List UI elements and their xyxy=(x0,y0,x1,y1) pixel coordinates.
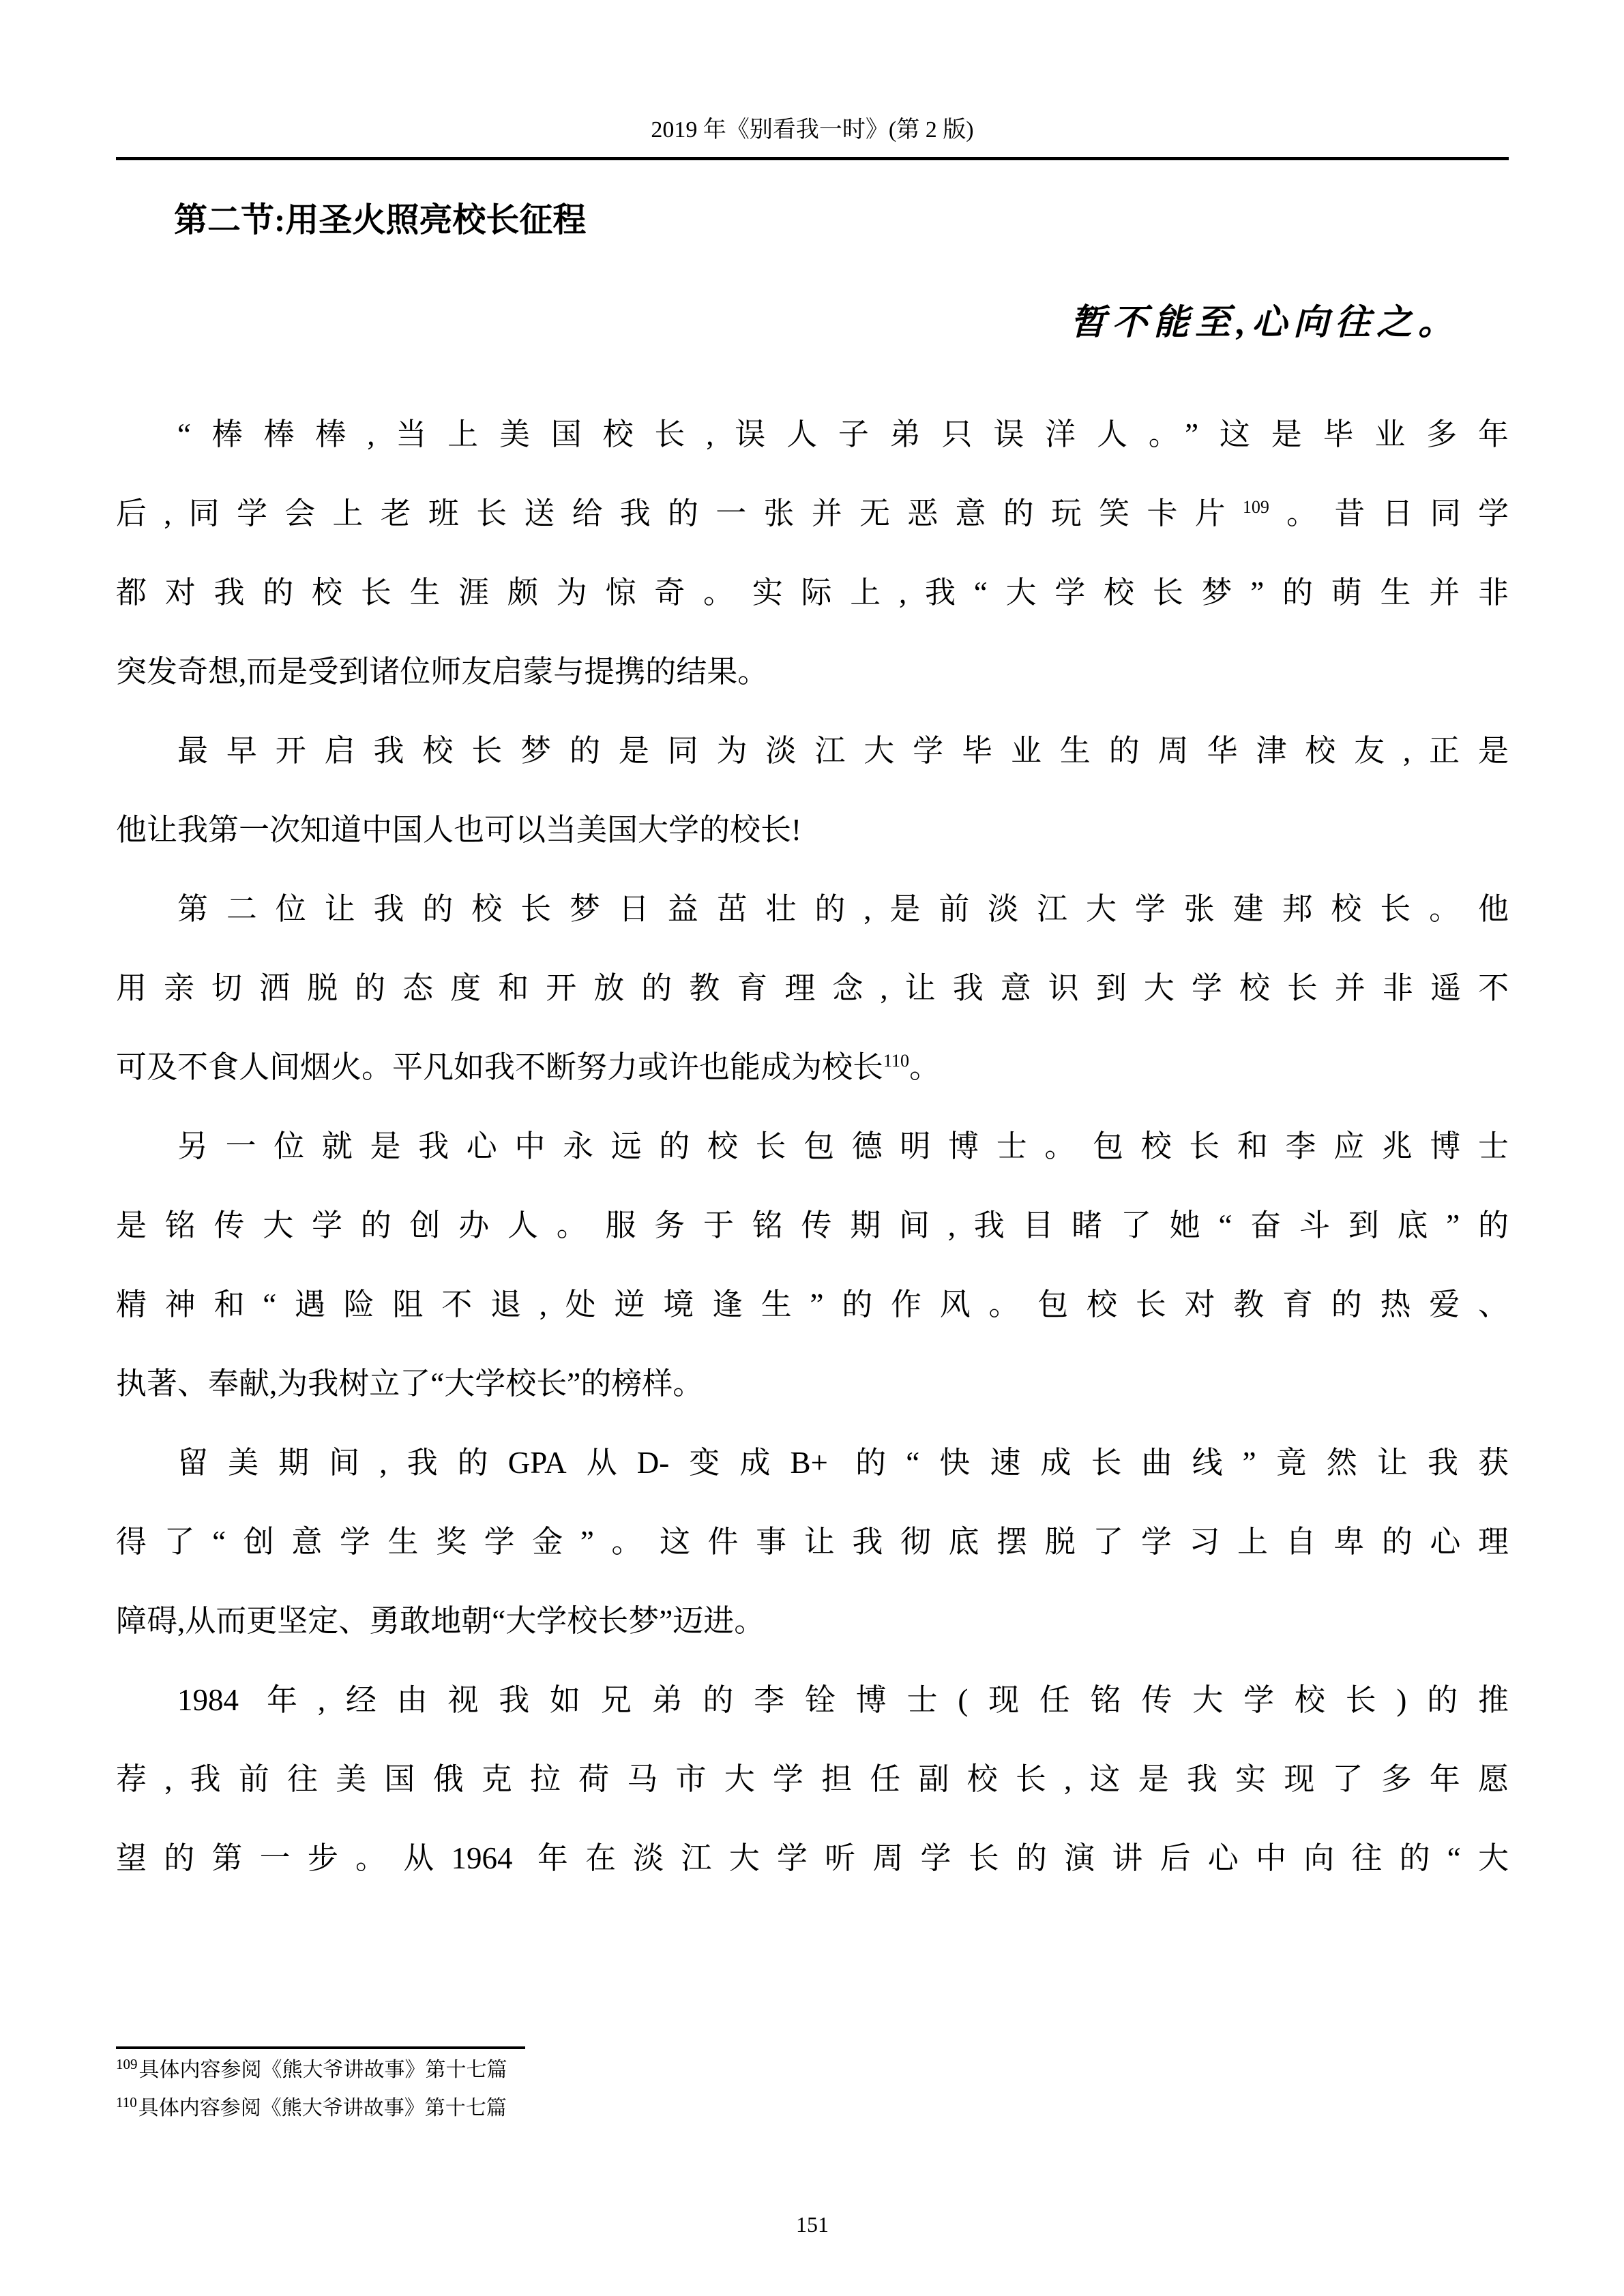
body-text-segment: 最早开启我校长梦的是同为淡江大学毕业生的周华津校友,正是 xyxy=(177,734,1509,768)
body-text-segment: 第二位让我的校长梦日益茁壮的,是前淡江大学张建邦校长。他 xyxy=(177,892,1509,926)
footnote-text: 具体内容参阅《熊大爷讲故事》第十七篇 xyxy=(138,2097,507,2119)
page-number: 151 xyxy=(116,2211,1509,2238)
body-line: 第二位让我的校长梦日益茁壮的,是前淡江大学张建邦校长。他 xyxy=(116,869,1509,949)
body-line: 精神和“遇险阻不退,处逆境逢生”的作风。包校长对教育的热爱、 xyxy=(116,1265,1509,1344)
footnote-separator-rule xyxy=(116,2046,525,2049)
body-line: “棒棒棒,当上美国校长,误人子弟只误洋人。”这是毕业多年 xyxy=(116,395,1509,474)
body-text-segment: 精神和“遇险阻不退,处逆境逢生”的作风。包校长对教育的热爱、 xyxy=(116,1287,1509,1322)
body-text-segment: “棒棒棒,当上美国校长,误人子弟只误洋人。”这是毕业多年 xyxy=(177,417,1509,451)
body-text-segment: 。昔日同学 xyxy=(1269,496,1509,531)
running-header-title: 2019 年《别看我一时》(第 2 版) xyxy=(116,0,1509,146)
footnote-entry: 109具体内容参阅《熊大爷讲故事》第十七篇 xyxy=(116,2053,1509,2087)
body-line: 他让我第一次知道中国人也可以当美国大学的校长! xyxy=(116,790,1509,869)
body-line: 留美期间,我的GPA从D-变成B+ 的“快速成长曲线”竟然让我获 xyxy=(116,1423,1509,1502)
footnote-ref: 110 xyxy=(883,1051,909,1071)
footnote-area: 109具体内容参阅《熊大爷讲故事》第十七篇 110具体内容参阅《熊大爷讲故事》第… xyxy=(116,2046,1509,2126)
body-text-segment: 用亲切洒脱的态度和开放的教育理念,让我意识到大学校长并非遥不 xyxy=(116,971,1509,1005)
body-line: 可及不食人间烟火。平凡如我不断努力或许也能成为校长110。 xyxy=(116,1028,1509,1107)
body-text-segment: 可及不食人间烟火。平凡如我不断努力或许也能成为校长 xyxy=(116,1050,883,1084)
body-line: 另一位就是我心中永远的校长包德明博士。包校长和李应兆博士 xyxy=(116,1107,1509,1186)
body-text: “棒棒棒,当上美国校长,误人子弟只误洋人。”这是毕业多年后,同学会上老班长送给我… xyxy=(116,395,1509,1898)
body-text-segment: 1984 年,经由视我如兄弟的李铨博士(现任铭传大学校长)的推 xyxy=(177,1683,1509,1717)
body-text-segment: 荐,我前往美国俄克拉荷马市大学担任副校长,这是我实现了多年愿 xyxy=(116,1762,1509,1796)
body-text-segment: 。 xyxy=(909,1050,940,1084)
body-text-segment: 留美期间,我的GPA从D-变成B+ 的“快速成长曲线”竟然让我获 xyxy=(177,1446,1509,1480)
footnote-number: 109 xyxy=(116,2056,138,2072)
footnote-entry: 110具体内容参阅《熊大爷讲故事》第十七篇 xyxy=(116,2091,1509,2126)
footnote-text: 具体内容参阅《熊大爷讲故事》第十七篇 xyxy=(139,2059,507,2081)
body-text-segment: 他让我第一次知道中国人也可以当美国大学的校长! xyxy=(116,813,801,847)
body-line: 1984 年,经由视我如兄弟的李铨博士(现任铭传大学校长)的推 xyxy=(116,1660,1509,1740)
body-line: 望的第一步。从1964 年在淡江大学听周学长的演讲后心中向往的“大 xyxy=(116,1819,1509,1898)
body-text-segment: 望的第一步。从1964 年在淡江大学听周学长的演讲后心中向往的“大 xyxy=(116,1841,1509,1875)
body-text-segment: 得了“创意学生奖学金”。这件事让我彻底摆脱了学习上自卑的心理 xyxy=(116,1525,1509,1559)
footnote-number: 110 xyxy=(116,2094,137,2111)
body-line: 障碍,从而更坚定、勇敢地朝“大学校长梦”迈进。 xyxy=(116,1581,1509,1660)
body-text-segment: 突发奇想,而是受到诸位师友启蒙与提携的结果。 xyxy=(116,655,768,689)
section-title: 第二节:用圣火照亮校长征程 xyxy=(174,198,1509,242)
epigraph-quote: 暂不能至,心向往之。 xyxy=(116,299,1509,347)
footnote-ref: 109 xyxy=(1243,497,1269,517)
body-text-segment: 执著、奉献,为我树立了“大学校长”的榜样。 xyxy=(116,1367,703,1401)
body-line: 都对我的校长生涯颇为惊奇。实际上,我“大学校长梦”的萌生并非 xyxy=(116,553,1509,632)
body-line: 得了“创意学生奖学金”。这件事让我彻底摆脱了学习上自卑的心理 xyxy=(116,1502,1509,1581)
body-text-segment: 都对我的校长生涯颇为惊奇。实际上,我“大学校长梦”的萌生并非 xyxy=(116,576,1509,610)
document-page: 2019 年《别看我一时》(第 2 版) 第二节:用圣火照亮校长征程 暂不能至,… xyxy=(0,0,1624,2296)
body-line: 用亲切洒脱的态度和开放的教育理念,让我意识到大学校长并非遥不 xyxy=(116,949,1509,1028)
body-text-segment: 障碍,从而更坚定、勇敢地朝“大学校长梦”迈进。 xyxy=(116,1604,765,1638)
body-text-segment: 另一位就是我心中永远的校长包德明博士。包校长和李应兆博士 xyxy=(177,1129,1509,1163)
body-line: 荐,我前往美国俄克拉荷马市大学担任副校长,这是我实现了多年愿 xyxy=(116,1740,1509,1819)
body-text-segment: 是铭传大学的创办人。服务于铭传期间,我目睹了她“奋斗到底”的 xyxy=(116,1208,1509,1242)
body-line: 最早开启我校长梦的是同为淡江大学毕业生的周华津校友,正是 xyxy=(116,711,1509,790)
body-line: 执著、奉献,为我树立了“大学校长”的榜样。 xyxy=(116,1344,1509,1423)
body-text-segment: 后,同学会上老班长送给我的一张并无恶意的玩笑卡片 xyxy=(116,496,1243,531)
header-divider-rule xyxy=(116,157,1509,160)
body-line: 后,同学会上老班长送给我的一张并无恶意的玩笑卡片109。昔日同学 xyxy=(116,474,1509,553)
body-line: 突发奇想,而是受到诸位师友启蒙与提携的结果。 xyxy=(116,632,1509,711)
body-line: 是铭传大学的创办人。服务于铭传期间,我目睹了她“奋斗到底”的 xyxy=(116,1186,1509,1265)
